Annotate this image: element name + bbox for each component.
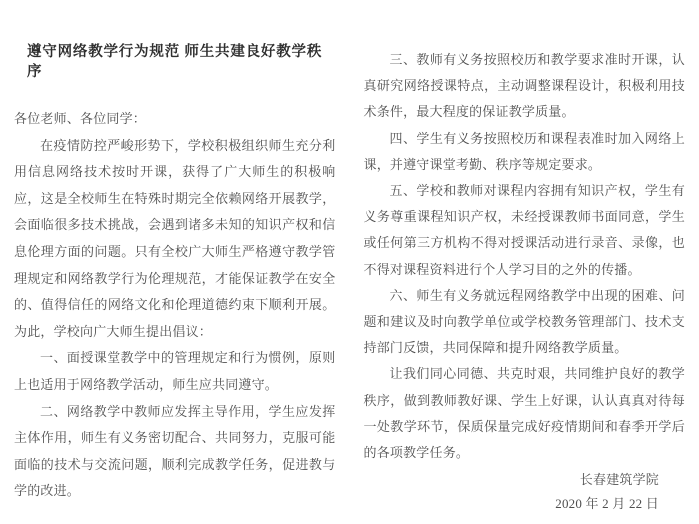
document-page: 遵守网络教学行为规范 师生共建良好教学秩序 各位老师、各位同学： 在疫情防控严峻… [0,0,699,524]
paragraph-closing: 让我们同心同德、共克时艰，共同维护良好的教学秩序，做到教师教好课、学生上好课，认… [364,361,686,466]
paragraph-intro: 在疫情防控严峻形势下，学校积极组织师生充分利用信息网络技术按时开课，获得了广大师… [14,133,336,346]
right-column: 三、教师有义务按照校历和教学要求准时开课，认真研究网络授课特点，主动调整课程设计… [364,0,686,524]
paragraph-item-three: 三、教师有义务按照校历和教学要求准时开课，认真研究网络授课特点，主动调整课程设计… [364,47,686,126]
paragraph-item-six: 六、师生有义务就远程网络教学中出现的困难、问题和建议及时向教学单位或学校教务管理… [364,283,686,362]
page-title: 遵守网络教学行为规范 师生共建良好教学秩序 [27,42,336,82]
paragraph-item-four: 四、学生有义务按照校历和课程表准时加入网络上课，并遵守课堂考勤、秩序等规定要求。 [364,126,686,178]
signature-block: 长春建筑学院 2020 年 2 月 22 日 [364,468,686,516]
left-column: 遵守网络教学行为规范 师生共建良好教学秩序 各位老师、各位同学： 在疫情防控严峻… [14,0,336,524]
paragraph-item-one: 一、面授课堂教学中的管理规定和行为惯例，原则上也适用于网络教学活动，师生应共同遵… [14,345,336,398]
signature-date: 2020 年 2 月 22 日 [364,492,660,516]
paragraph-item-five: 五、学校和教师对课程内容拥有知识产权，学生有义务尊重课程知识产权，未经授课教师书… [364,178,686,283]
signature-organization: 长春建筑学院 [364,468,660,492]
paragraph-item-two: 二、网络教学中教师应发挥主导作用，学生应发挥主体作用，师生有义务密切配合、共同努… [14,399,336,505]
document-columns: 遵守网络教学行为规范 师生共建良好教学秩序 各位老师、各位同学： 在疫情防控严峻… [0,0,699,524]
salutation: 各位老师、各位同学： [14,106,336,133]
